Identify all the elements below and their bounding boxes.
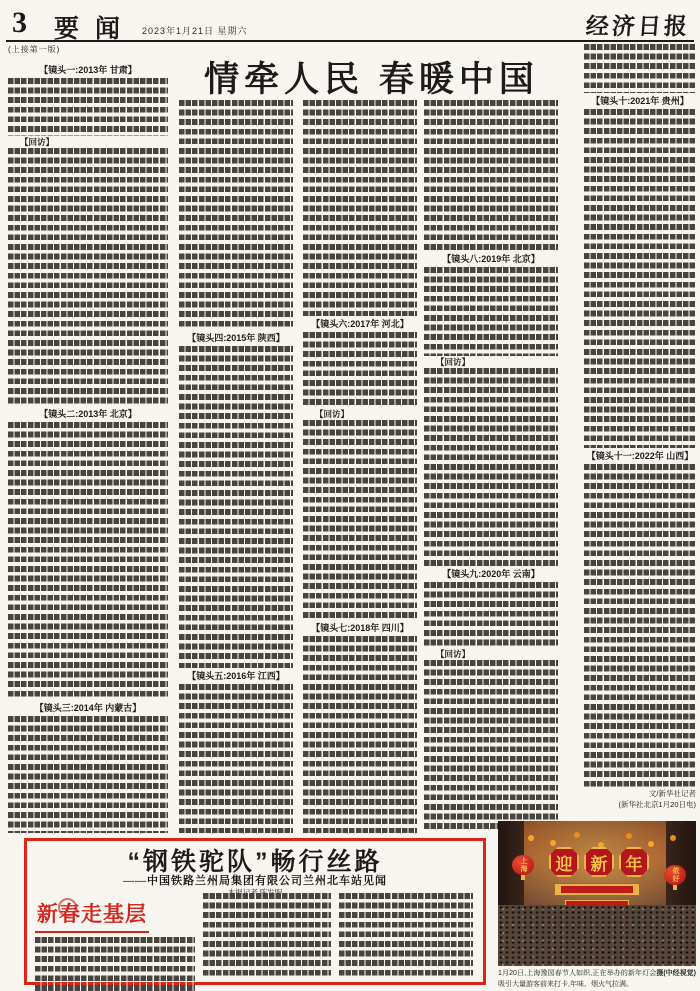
masthead-logo: 经济日报: [585, 8, 691, 41]
photo-credit: 摄(中经视觉): [656, 969, 696, 980]
article-credit-dateline: (新华社北京1月20日电): [584, 799, 696, 810]
festival-photo: 迎 新 年 上海 侬好: [498, 821, 696, 966]
building-right: [666, 821, 696, 908]
scene-header-3: 【镜头三:2014年 内蒙古】: [8, 700, 168, 716]
continued-from-note: (上接第一版): [8, 44, 168, 56]
body-text-block: [8, 716, 168, 833]
body-text-block: [303, 332, 417, 408]
body-text-block: [8, 422, 168, 700]
body-text-block: [203, 893, 331, 977]
boxed-article: “钢铁驼队”畅行丝路 ——中国铁路兰州局集团有限公司兰州北车站见闻 本报记者 陈…: [24, 838, 486, 985]
text-column-1: (上接第一版) 【镜头一:2013年 甘肃】 【回访】 【镜头二:2013年 北…: [8, 44, 168, 833]
column-logo-text: 新春走基层: [37, 903, 147, 926]
newspaper-page: 3 要闻 2023年1月21日 星期六 经济日报 情牵人民 春暖中国 (上接第一…: [0, 0, 700, 991]
text-column-5: 【镜头十:2021年 贵州】 【镜头十一:2022年 山西】 文/新华社记者 (…: [584, 44, 696, 810]
body-text-block: [424, 368, 558, 566]
body-text-block: [8, 78, 168, 136]
photo-caption: 摄(中经视觉)1月20日,上海豫园春节人如织,正在举办的新年灯会吸引大量游客前来…: [498, 969, 696, 991]
revisit-label: 【回访】: [303, 408, 417, 420]
body-text-block: [584, 44, 696, 93]
body-text-block: [424, 100, 558, 251]
scene-header-11: 【镜头十一:2022年 山西】: [584, 448, 696, 464]
body-text-block: [424, 582, 558, 648]
crowd: [498, 905, 696, 966]
scene-header-2: 【镜头二:2013年 北京】: [8, 406, 168, 422]
text-column-4: 【镜头八:2019年 北京】 【回访】 【镜头九:2020年 云南】 【回访】: [424, 100, 558, 833]
scene-header-9: 【镜头九:2020年 云南】: [424, 566, 558, 582]
main-headline: 情牵人民 春暖中国: [183, 52, 560, 96]
scene-header-6: 【镜头六:2017年 河北】: [303, 316, 417, 332]
photo-caption-text: 1月20日,上海豫园春节人如织,正在举办的新年灯会吸引大量游客前来打卡,年味、烟…: [498, 970, 656, 988]
text-column-2: 【镜头四:2015年 陕西】 【镜头五:2016年 江西】: [179, 100, 293, 833]
body-text-block: [424, 267, 558, 356]
body-text-block: [8, 148, 168, 406]
boxed-article-right-column: [339, 893, 473, 977]
page-number: 3: [12, 6, 27, 40]
body-text-block: [424, 660, 558, 833]
body-text-block: [303, 636, 417, 833]
body-text-block: [584, 109, 696, 448]
header-divider: [6, 40, 694, 42]
revisit-label: 【回访】: [424, 648, 558, 660]
body-text-block: [303, 420, 417, 620]
body-text-block: [179, 346, 293, 668]
body-text-block: [303, 100, 417, 316]
new-spring-column-logo: 新春走基层: [35, 897, 149, 933]
scene-header-5: 【镜头五:2016年 江西】: [179, 668, 293, 684]
scene-header-7: 【镜头七:2018年 四川】: [303, 620, 417, 636]
lantern-left: 上海: [512, 855, 534, 875]
issue-date: 2023年1月21日 星期六: [142, 24, 248, 37]
lantern-string-icon: [528, 835, 534, 841]
article-credit-by: 文/新华社记者: [584, 788, 696, 799]
boxed-article-left-block: 新春走基层: [35, 897, 195, 991]
boxed-article-mid-column: [203, 893, 331, 977]
new-year-sign-char-1: 迎: [549, 847, 579, 877]
new-year-sign-char-2: 新: [584, 847, 614, 877]
text-column-3: 【镜头六:2017年 河北】 【回访】 【镜头七:2018年 四川】: [303, 100, 417, 833]
scene-header-4: 【镜头四:2015年 陕西】: [179, 330, 293, 346]
scene-header-1: 【镜头一:2013年 甘肃】: [8, 62, 168, 78]
body-text-block: [179, 100, 293, 330]
body-text-block: [179, 684, 293, 833]
lantern-right: 侬好: [664, 865, 686, 885]
gold-banner: [554, 883, 640, 896]
revisit-label: 【回访】: [424, 356, 558, 368]
boxed-article-subtitle: ——中国铁路兰州局集团有限公司兰州北车站见闻: [27, 872, 483, 888]
body-text-block: [35, 937, 195, 991]
scene-header-10: 【镜头十:2021年 贵州】: [584, 93, 696, 109]
revisit-label: 【回访】: [8, 136, 168, 148]
body-text-block: [584, 464, 696, 788]
seal-icon: [58, 898, 77, 917]
new-year-sign-char-3: 年: [619, 847, 649, 877]
body-text-block: [339, 893, 473, 977]
scene-header-8: 【镜头八:2019年 北京】: [424, 251, 558, 267]
